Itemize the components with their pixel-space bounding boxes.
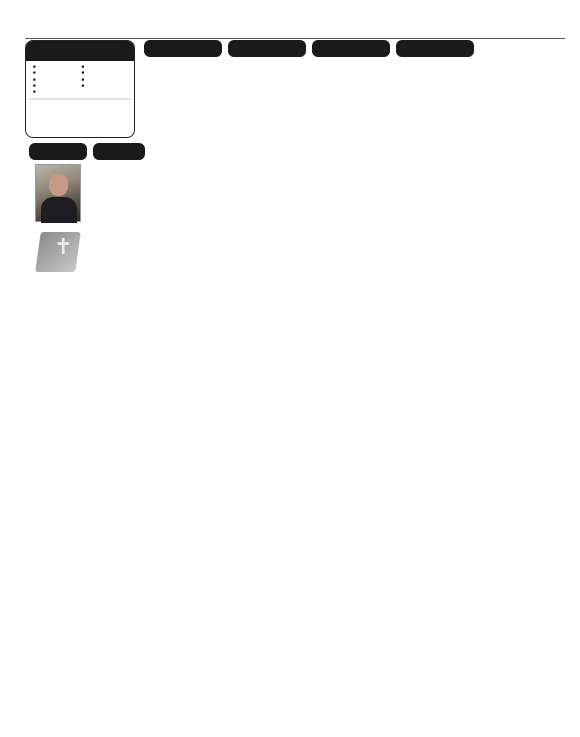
- column-2: [93, 143, 145, 603]
- deaths-banner: [396, 40, 474, 57]
- categories-list: [26, 61, 134, 96]
- deaths-banner: [312, 40, 390, 57]
- column-6: [396, 40, 474, 642]
- column-4: [228, 40, 306, 640]
- deaths-banner: [29, 143, 87, 160]
- deaths-banner: [228, 40, 306, 57]
- spacer: [480, 40, 482, 41]
- deaths-banner: [93, 143, 145, 160]
- column-3: [144, 40, 222, 625]
- deaths-banner: [144, 40, 222, 57]
- column-5: [312, 40, 390, 642]
- office-contacts: [29, 98, 131, 100]
- portrait-photo: [35, 164, 81, 222]
- category-item: [82, 83, 131, 89]
- category-item: [33, 89, 82, 95]
- column-1: ✝: [29, 143, 87, 601]
- family-notice-categories-box: [25, 40, 135, 138]
- bible-icon: ✝: [32, 228, 84, 276]
- page-header: [25, 27, 565, 39]
- categories-title: [26, 41, 134, 61]
